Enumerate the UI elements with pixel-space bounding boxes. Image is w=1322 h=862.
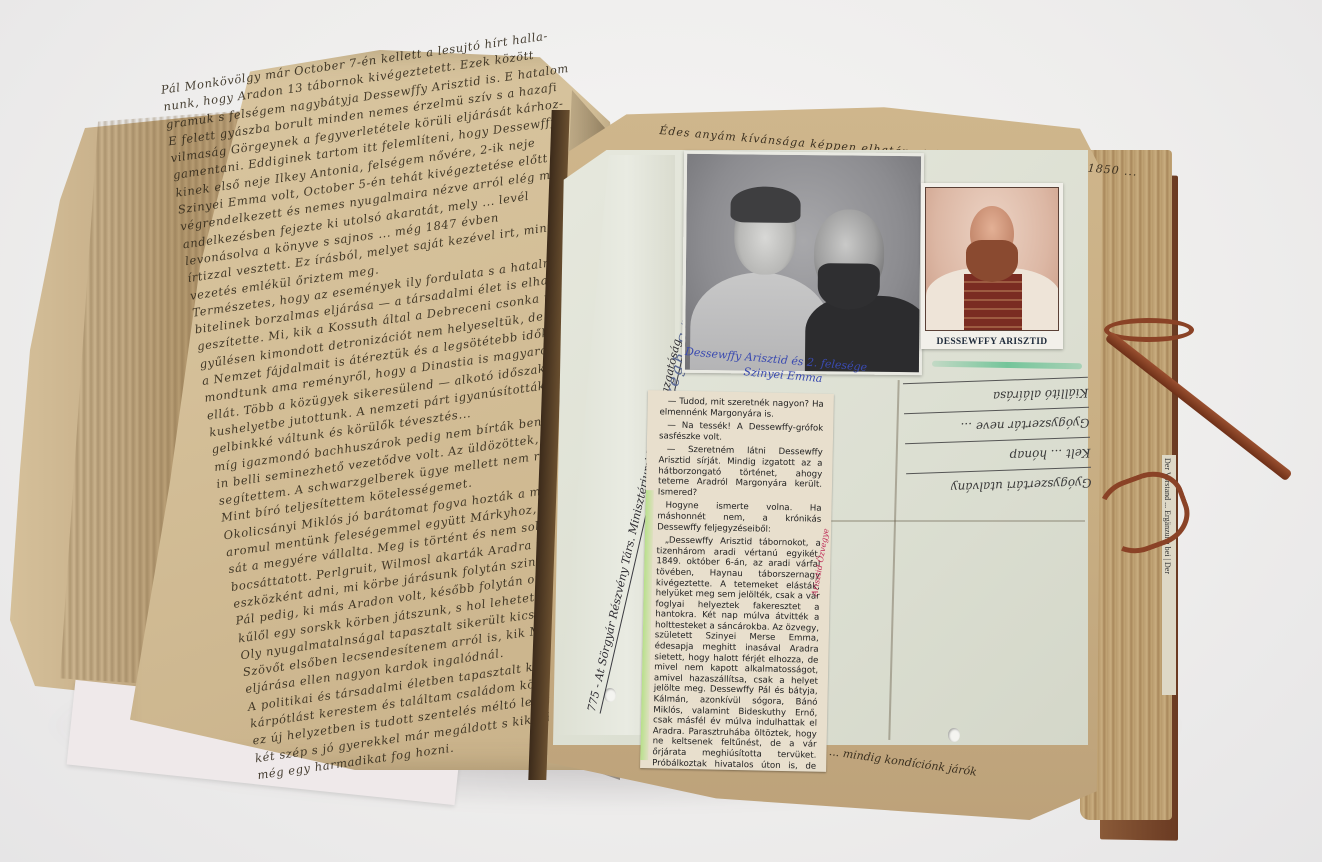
beard [966, 240, 1018, 282]
newspaper-clipping: — Tudod, mit szeretnék nagyon? Ha elmenn… [640, 390, 834, 772]
portrait-caption: DESSEWFFY ARISZTID [921, 337, 1063, 347]
clipping-paragraph: — Na tessék! A Dessewffy-grófok sasfészk… [659, 421, 823, 446]
man-beard [818, 263, 880, 310]
clipping-paragraph: „Dessewffy Arisztid tábornokot, a tizenh… [651, 535, 821, 771]
sheet-ruled-line [830, 520, 1085, 522]
hussar-jacket [964, 274, 1022, 331]
couple-portrait-photo [682, 151, 924, 376]
punch-hole [948, 728, 960, 742]
scrapbook-photo: Der Vorstand ... Ergänzung bei | Der Pál… [0, 0, 1322, 862]
clipping-paragraph: Hogyne ismerte volna. Ha máshonnét nem, … [657, 501, 822, 536]
upside-down-printed-form: Gyógyszertári utalvány Kelt ... hónap Gy… [903, 377, 1092, 503]
dessewffy-painting [925, 187, 1059, 331]
clipping-paragraph: — Szeretném látni Dessewffy Arisztid sír… [658, 445, 823, 501]
woman-hair [730, 186, 800, 223]
dessewffy-portrait-card: DESSEWFFY ARISZTID [921, 183, 1063, 349]
clipping-paragraph: — Tudod, mit szeretnék nagyon? Ha elmenn… [659, 396, 823, 421]
